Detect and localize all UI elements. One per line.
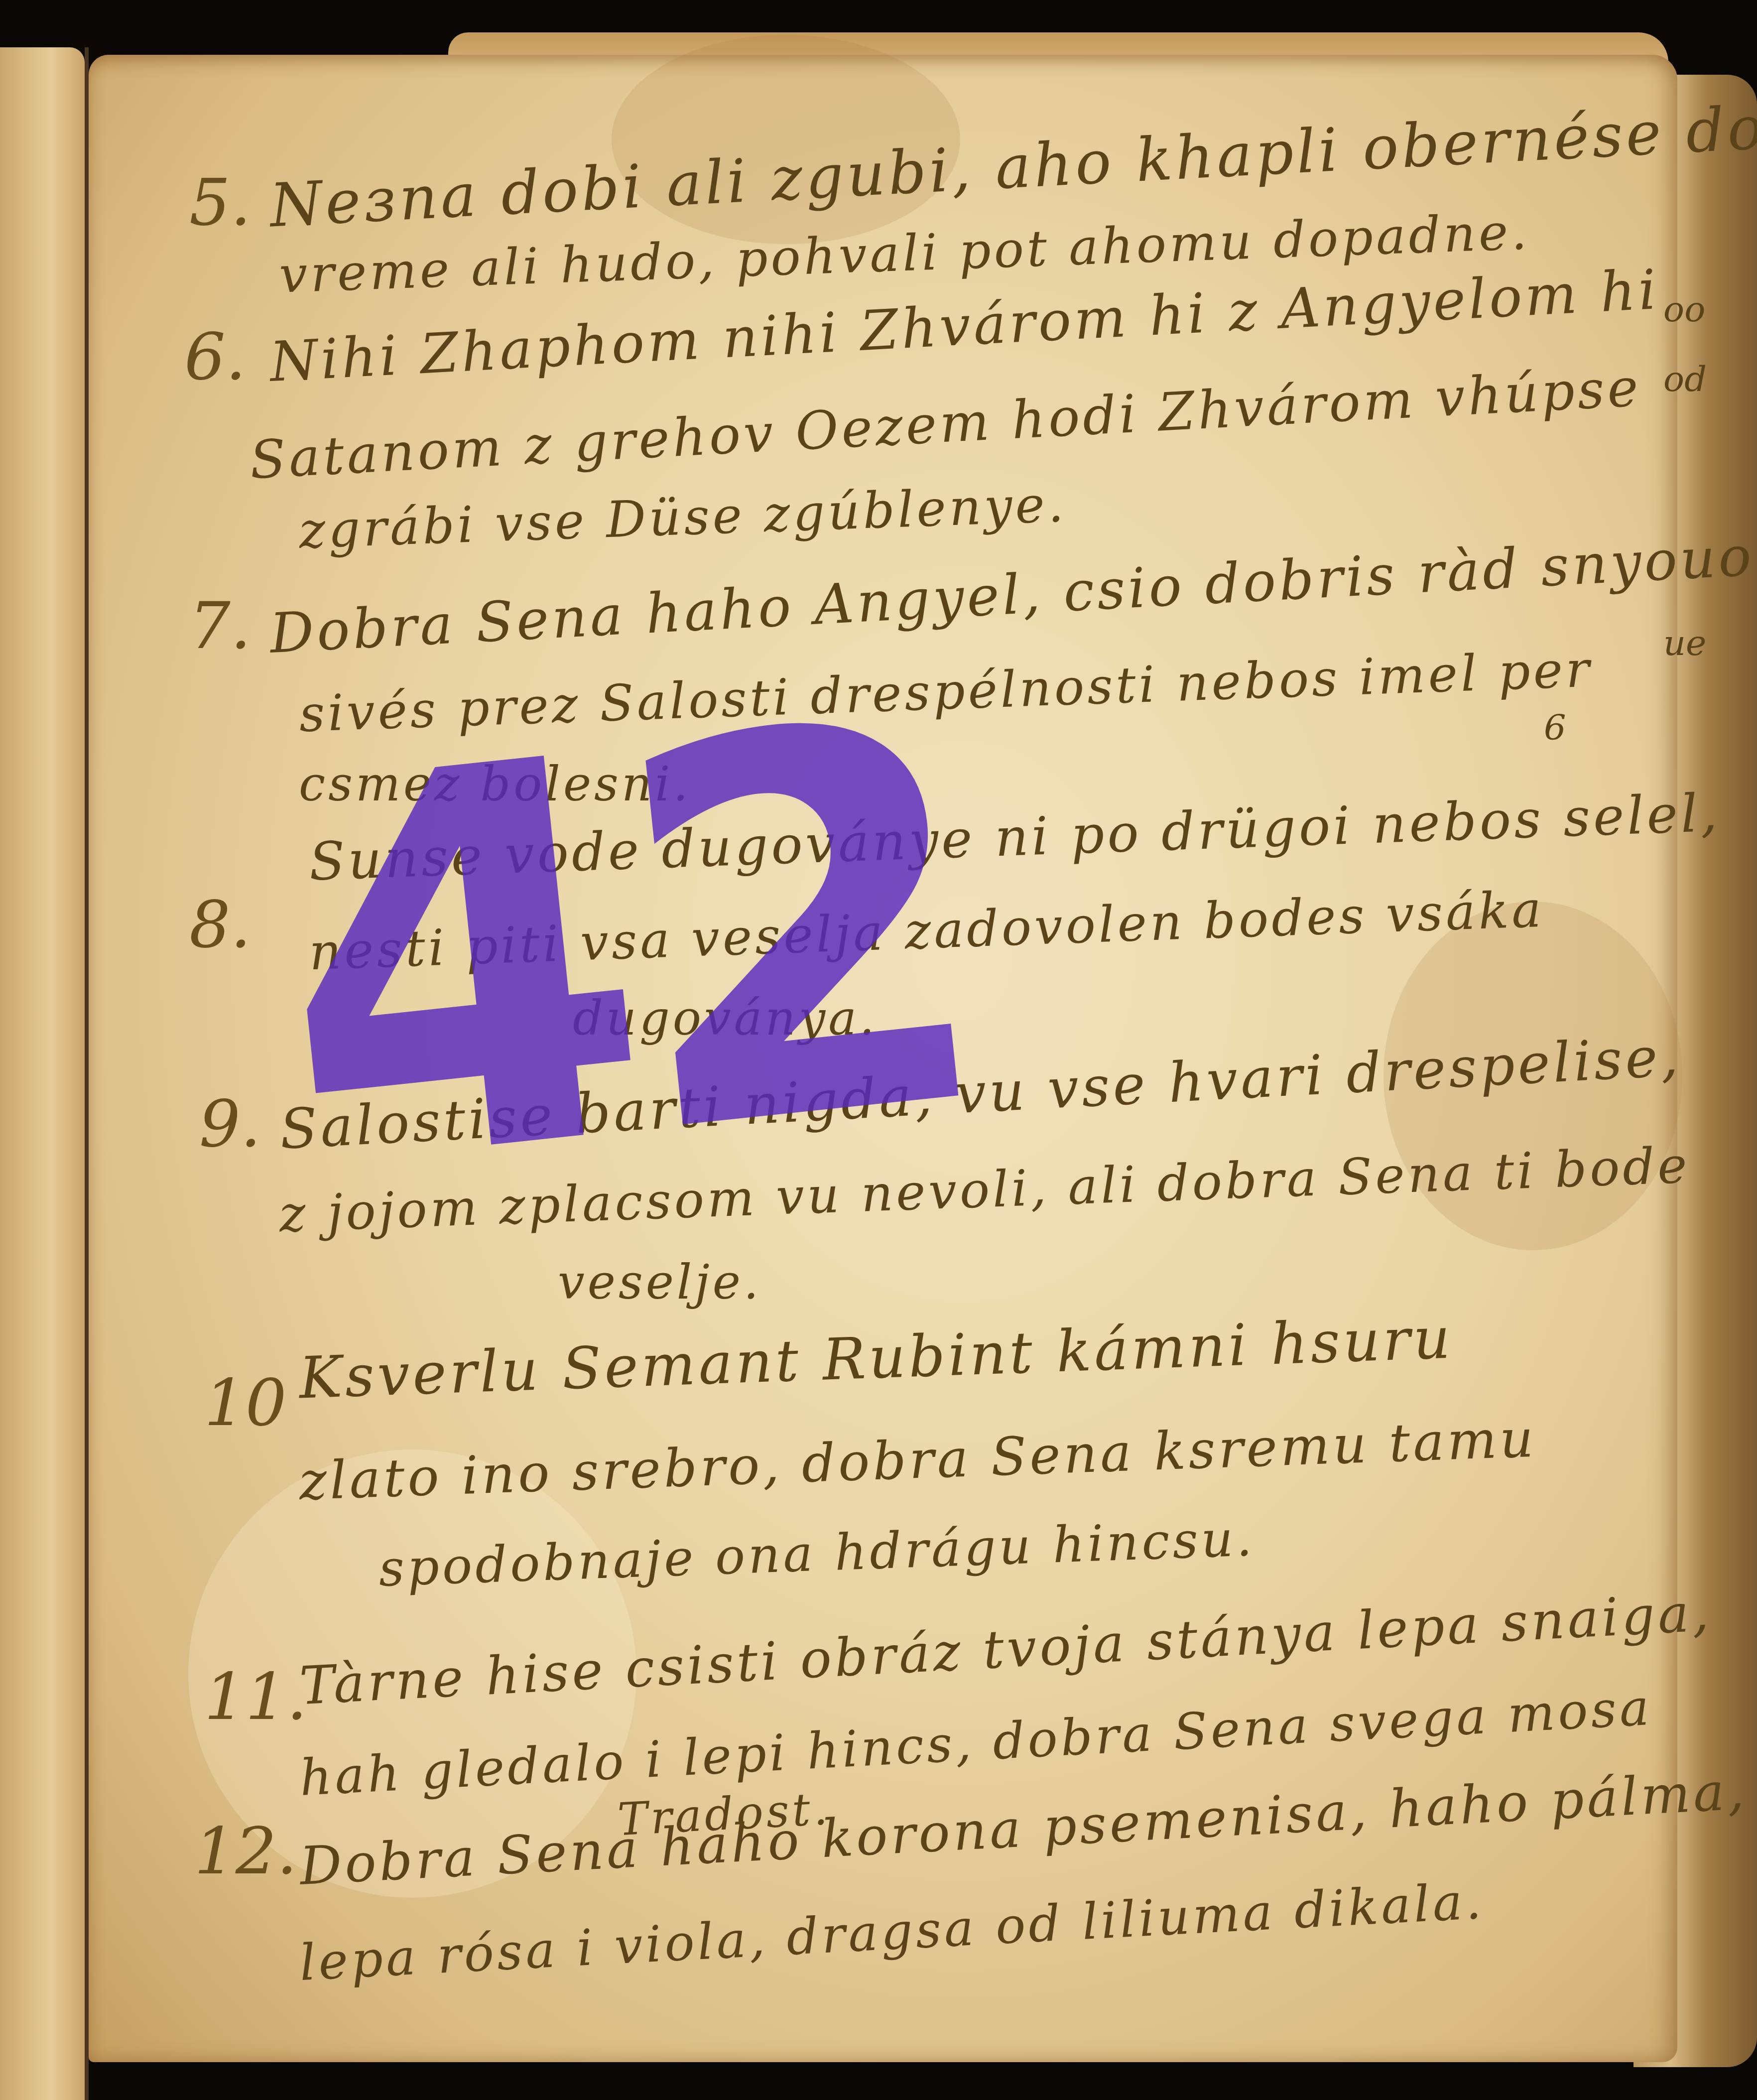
verse-number: 12. [194,1813,297,1889]
margin-note: ue [1663,623,1707,663]
book-gutter [85,47,89,2100]
verse-number: 9. [199,1086,261,1162]
verse-number: 10 [204,1365,286,1441]
verse-line: veselje. [558,1255,761,1310]
verse-number: 7. [189,588,251,663]
verse-number: 11. [204,1659,307,1734]
left-page-edge [0,47,85,2100]
page-number-stamp: 42 [253,653,992,1245]
margin-note: od [1663,359,1707,399]
margin-note: 6 [1544,707,1566,748]
verse-number: 6. [184,319,246,394]
verse-number: 8. [189,887,251,962]
margin-note: oo [1663,289,1705,330]
verse-number: 5. [189,164,251,240]
